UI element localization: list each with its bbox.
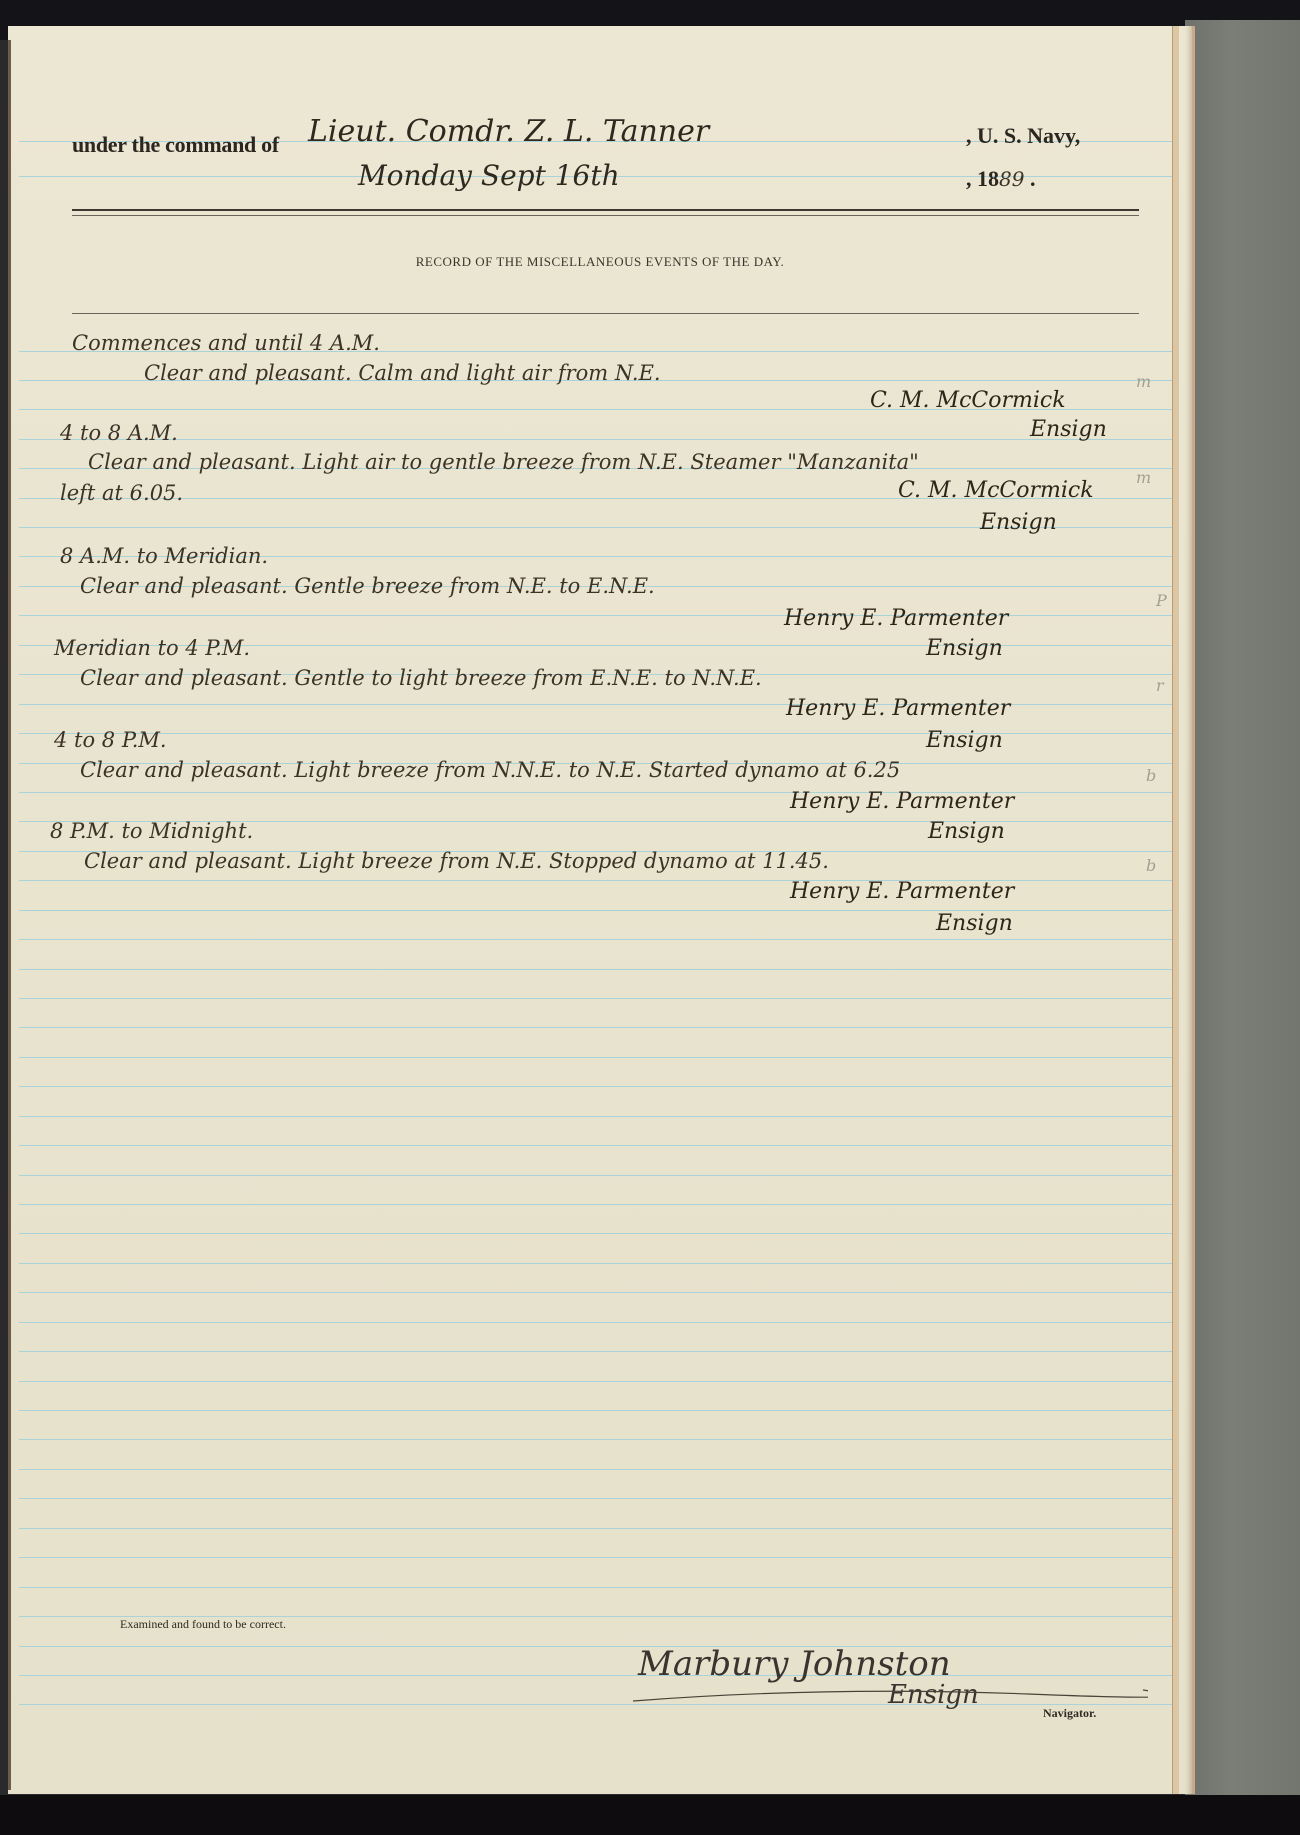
scan-background-right [1185, 20, 1300, 1810]
watch-remarks: Clear and pleasant. Light breeze from N.… [84, 849, 829, 873]
margin-mark: P [1156, 591, 1167, 610]
header-double-rule-thin [72, 215, 1139, 216]
signature-flourish [628, 1666, 1148, 1706]
watch-remarks: Clear and pleasant. Light breeze from N.… [80, 758, 900, 782]
book-binding [8, 40, 11, 1790]
watch-signature: Henry E. Parmenter [784, 606, 1008, 631]
margin-mark: b [1146, 766, 1156, 785]
year-prefix: , 18 [966, 166, 999, 191]
watch-remarks: Clear and pleasant. Gentle to light bree… [80, 666, 762, 690]
header-double-rule [72, 209, 1139, 211]
command-label: under the command of [72, 132, 279, 158]
watch-rank: Ensign [936, 911, 1013, 936]
watch-rank: Ensign [1030, 417, 1107, 442]
watch-remarks-continued: left at 6.05. [60, 481, 183, 505]
watch-rank: Ensign [928, 819, 1005, 844]
watch-period: Commences and until 4 A.M. [72, 331, 380, 355]
watch-period: 4 to 8 P.M. [54, 728, 167, 752]
year-field: , 1889 . [966, 166, 1035, 192]
watch-rank: Ensign [926, 728, 1003, 753]
watch-period: 4 to 8 A.M. [60, 421, 178, 445]
year-dot: . [1030, 166, 1036, 191]
watch-period: Meridian to 4 P.M. [54, 636, 250, 660]
watch-period: 8 A.M. to Meridian. [60, 544, 268, 568]
examined-statement: Examined and found to be correct. [120, 1617, 286, 1632]
watch-remarks: Clear and pleasant. Light air to gentle … [88, 450, 919, 474]
watch-rank: Ensign [926, 636, 1003, 661]
navigator-label: Navigator. [1043, 1706, 1096, 1721]
watch-remarks: Clear and pleasant. Gentle breeze from N… [80, 574, 655, 598]
margin-mark: m [1136, 372, 1151, 391]
logbook-page: under the command of Lieut. Comdr. Z. L.… [8, 26, 1195, 1794]
watch-signature: Henry E. Parmenter [790, 879, 1014, 904]
watch-signature: Henry E. Parmenter [786, 696, 1010, 721]
watch-rank: Ensign [980, 510, 1057, 535]
commander-name: Lieut. Comdr. Z. L. Tanner [308, 114, 709, 149]
service-label: , U. S. Navy, [966, 123, 1080, 149]
section-title: RECORD OF THE MISCELLANEOUS EVENTS OF TH… [8, 254, 1192, 270]
margin-mark: b [1146, 856, 1156, 875]
margin-mark: m [1136, 468, 1151, 487]
scan-background-bottom [0, 1795, 1300, 1835]
watch-period: 8 P.M. to Midnight. [50, 819, 253, 843]
watch-signature: C. M. McCormick [870, 388, 1066, 413]
watch-remarks: Clear and pleasant. Calm and light air f… [144, 361, 661, 385]
section-divider [72, 313, 1139, 314]
watch-signature: Henry E. Parmenter [790, 789, 1014, 814]
margin-mark: r [1156, 676, 1164, 695]
date-handwritten: Monday Sept 16th [358, 159, 620, 192]
year-suffix: 89 [999, 167, 1024, 191]
watch-signature: C. M. McCormick [898, 478, 1094, 503]
page-edge [1172, 26, 1179, 1794]
